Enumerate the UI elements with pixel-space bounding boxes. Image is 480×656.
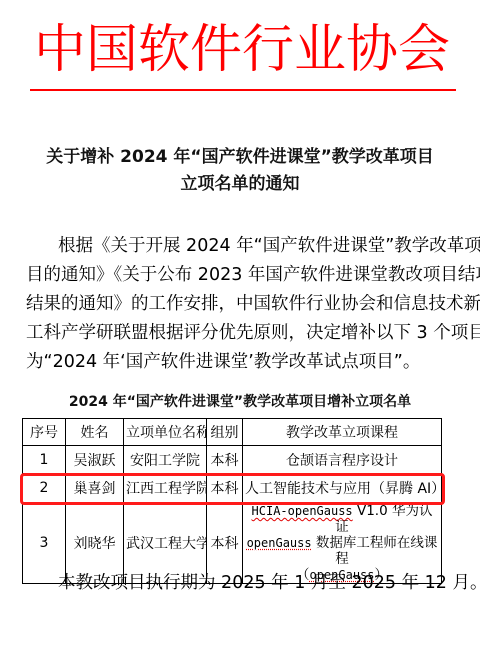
column-header-unit: 立项单位名称 <box>124 419 207 446</box>
org-header-title: 中国软件行业协会 <box>34 18 448 82</box>
project-list-table: 序号 姓名 立项单位名称 组别 教学改革立项课程 1 吴淑跃 安阳工学院 本科 … <box>22 418 442 584</box>
spellcheck-flagged-term: HCIA-openGauss <box>252 504 353 518</box>
cell-group: 本科 <box>207 474 243 503</box>
column-header-name: 姓名 <box>66 419 124 446</box>
column-header-no: 序号 <box>23 419 66 446</box>
body-paragraph-1: 根据《关于开展 2024 年“国产软件进课堂”教学改革项 目的通知》《关于公布 … <box>26 232 446 377</box>
table-caption: 2024 年“国产软件进课堂”教学改革项目增补立项名单 <box>0 393 480 411</box>
cell-unit: 江西工程学院 <box>124 474 207 503</box>
spellcheck-flagged-term: openGauss <box>247 536 312 550</box>
cell-group: 本科 <box>207 446 243 474</box>
header-divider <box>30 89 456 91</box>
document-title-line2: 立项名单的通知 <box>0 174 480 194</box>
paragraph-line: 根据《关于开展 2024 年“国产软件进课堂”教学改革项 <box>26 232 446 261</box>
cell-no: 1 <box>23 446 66 474</box>
document-title-line1: 关于增补 2024 年“国产软件进课堂”教学改革项目 <box>0 147 480 167</box>
paragraph-line: 为“2024 年‘国产软件进课堂’教学改革试点项目”。 <box>26 348 446 377</box>
cell-name: 巢喜剑 <box>66 474 124 503</box>
table-row: 1 吴淑跃 安阳工学院 本科 仓颉语言程序设计 <box>23 446 442 474</box>
paragraph-line: 目的通知》《关于公布 2023 年国产软件进课堂教改项目结项 <box>26 261 446 290</box>
table-row-highlighted: 2 巢喜剑 江西工程学院 本科 人工智能技术与应用（昇腾 AI） <box>23 474 442 503</box>
cell-no: 2 <box>23 474 66 503</box>
course-line-1: HCIA-openGauss V1.0 华为认证 <box>245 503 439 535</box>
body-paragraph-2: 本教改项目执行期为 2025 年 1 月至 2025 年 12 月。在 <box>26 569 446 598</box>
table-header-row: 序号 姓名 立项单位名称 组别 教学改革立项课程 <box>23 419 442 446</box>
course-text: 数据库工程师在线课程 <box>312 535 438 567</box>
paragraph-line: 工科产学研联盟根据评分优先原则，决定增补以下 3 个项目 <box>26 319 446 348</box>
cell-unit: 安阳工学院 <box>124 446 207 474</box>
column-header-group: 组别 <box>207 419 243 446</box>
paragraph-line: 本教改项目执行期为 2025 年 1 月至 2025 年 12 月。在 <box>26 569 446 598</box>
cell-course: 仓颉语言程序设计 <box>243 446 442 474</box>
cell-name: 吴淑跃 <box>66 446 124 474</box>
course-line-2: openGauss 数据库工程师在线课程 <box>245 535 439 567</box>
paragraph-line: 结果的通知》的工作安排，中国软件行业协会和信息技术新 <box>26 290 446 319</box>
cell-course: 人工智能技术与应用（昇腾 AI） <box>243 474 442 503</box>
column-header-course: 教学改革立项课程 <box>243 419 442 446</box>
